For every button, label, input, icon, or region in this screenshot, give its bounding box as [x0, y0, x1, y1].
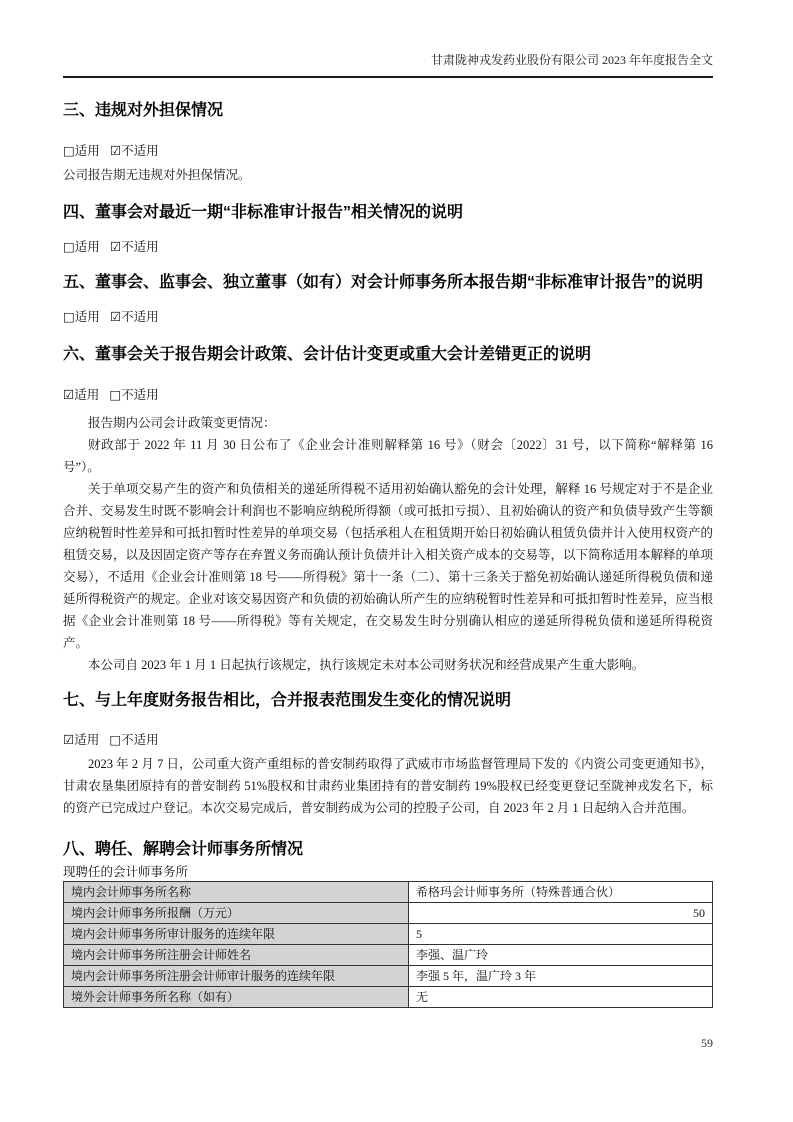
table-row: 境内会计师事务所报酬（万元） 50	[64, 903, 713, 924]
checkbox-not-applicable: □不适用	[109, 732, 158, 747]
table-row: 境内会计师事务所注册会计师审计服务的连续年限 李强 5 年，温广玲 3 年	[64, 966, 713, 987]
table-row: 境内会计师事务所审计服务的连续年限 5	[64, 924, 713, 945]
page-header: 甘肃陇神戎发药业股份有限公司 2023 年年度报告全文	[63, 52, 713, 78]
checkbox-applicable: □适用	[63, 309, 100, 324]
row-value: 李强 5 年，温广玲 3 年	[409, 966, 713, 987]
checkbox-applicable: □适用	[63, 239, 100, 254]
table-row: 境内会计师事务所注册会计师姓名 李强、温广玲	[64, 945, 713, 966]
row-value: 50	[409, 903, 713, 924]
section-title: 七、与上年度财务报告相比，合并报表范围发生变化的情况说明	[63, 688, 713, 714]
checkbox-not-applicable: ☑不适用	[110, 143, 159, 158]
paragraph: 财政部于 2022 年 11 月 30 日公布了《企业会计准则解释第 16 号》…	[63, 434, 713, 478]
paragraph: 关于单项交易产生的资产和负债相关的递延所得税不适用初始确认豁免的会计处理，解释 …	[63, 478, 713, 654]
section-nonstandard-audit-opinions: 五、董事会、监事会、独立董事（如有）对会计师事务所本报告期“非标准审计报告”的说…	[63, 270, 713, 326]
paragraph: 报告期内公司会计政策变更情况：	[63, 412, 713, 434]
table-row: 境外会计师事务所名称（如有） 无	[64, 987, 713, 1008]
applicability-line: □适用 ☑不适用	[63, 142, 713, 160]
checkbox-not-applicable: □不适用	[109, 387, 158, 402]
checkbox-not-applicable: ☑不适用	[110, 309, 159, 324]
report-page: 甘肃陇神戎发药业股份有限公司 2023 年年度报告全文 三、违规对外担保情况 □…	[0, 0, 793, 1122]
row-label: 境内会计师事务所名称	[64, 882, 409, 903]
applicability-line: ☑适用 □不适用	[63, 386, 713, 404]
checkbox-applicable: □适用	[63, 143, 100, 158]
section-title: 三、违规对外担保情况	[63, 98, 713, 124]
applicability-line: ☑适用 □不适用	[63, 731, 713, 749]
report-header-title: 甘肃陇神戎发药业股份有限公司 2023 年年度报告全文	[431, 53, 713, 67]
table-row: 境内会计师事务所名称 希格玛会计师事务所（特殊普通合伙）	[64, 882, 713, 903]
row-label: 境内会计师事务所注册会计师姓名	[64, 945, 409, 966]
checkbox-not-applicable: ☑不适用	[110, 239, 159, 254]
row-value: 希格玛会计师事务所（特殊普通合伙）	[409, 882, 713, 903]
applicability-line: □适用 ☑不适用	[63, 308, 713, 326]
row-value: 5	[409, 924, 713, 945]
paragraph: 公司报告期无违规对外担保情况。	[63, 164, 713, 186]
section-consolidation-scope-change: 七、与上年度财务报告相比，合并报表范围发生变化的情况说明 ☑适用 □不适用 20…	[63, 688, 713, 819]
section-accounting-firm-engagement: 八、聘任、解聘会计师事务所情况 现聘任的会计师事务所 境内会计师事务所名称 希格…	[63, 837, 713, 1008]
checkbox-applicable: ☑适用	[63, 387, 99, 402]
paragraph: 本公司自 2023 年 1 月 1 日起执行该规定，执行该规定未对本公司财务状况…	[63, 654, 713, 676]
section-nonstandard-audit-board: 四、董事会对最近一期“非标准审计报告”相关情况的说明 □适用 ☑不适用	[63, 200, 713, 256]
section-title: 五、董事会、监事会、独立董事（如有）对会计师事务所本报告期“非标准审计报告”的说…	[63, 270, 713, 296]
row-value: 李强、温广玲	[409, 945, 713, 966]
page-number: 59	[701, 1036, 713, 1051]
accounting-firm-table: 境内会计师事务所名称 希格玛会计师事务所（特殊普通合伙） 境内会计师事务所报酬（…	[63, 881, 713, 1008]
section-accounting-policy-changes: 六、董事会关于报告期会计政策、会计估计变更或重大会计差错更正的说明 ☑适用 □不…	[63, 342, 713, 676]
section-illegal-guarantees: 三、违规对外担保情况 □适用 ☑不适用 公司报告期无违规对外担保情况。	[63, 98, 713, 186]
section-title: 四、董事会对最近一期“非标准审计报告”相关情况的说明	[63, 200, 713, 226]
applicability-line: □适用 ☑不适用	[63, 238, 713, 256]
row-label: 境内会计师事务所报酬（万元）	[64, 903, 409, 924]
row-label: 境外会计师事务所名称（如有）	[64, 987, 409, 1008]
checkbox-applicable: ☑适用	[63, 732, 99, 747]
row-label: 境内会计师事务所审计服务的连续年限	[64, 924, 409, 945]
paragraph-group: 报告期内公司会计政策变更情况： 财政部于 2022 年 11 月 30 日公布了…	[63, 412, 713, 676]
row-value: 无	[409, 987, 713, 1008]
section-title: 八、聘任、解聘会计师事务所情况	[63, 837, 713, 863]
paragraph: 2023 年 2 月 7 日，公司重大资产重组标的普安制药取得了武威市市场监督管…	[63, 753, 713, 819]
row-label: 境内会计师事务所注册会计师审计服务的连续年限	[64, 966, 409, 987]
current-firm-note: 现聘任的会计师事务所	[63, 863, 713, 881]
section-title: 六、董事会关于报告期会计政策、会计估计变更或重大会计差错更正的说明	[63, 342, 713, 368]
